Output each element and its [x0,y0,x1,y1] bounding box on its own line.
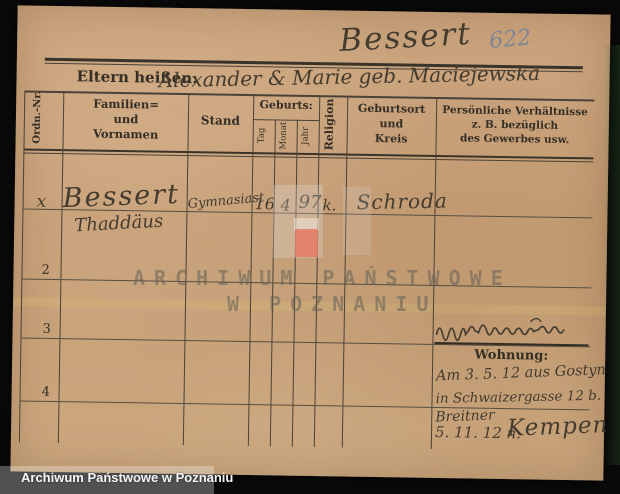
watermark-square-red [295,229,318,257]
row3-number: 3 [42,323,51,338]
watermark-strip-2 [343,187,371,255]
illegible-scrawl [434,312,586,344]
archive-footer-label: Archiwum Państwowe w Poznaniu [21,470,233,485]
header-geburts: Geburts: [253,99,319,113]
scan-edge-tint [603,45,620,465]
header-persoenlich: Persönliche Verhältnisse z. B. bezüglich… [436,103,595,147]
row2-number: 2 [41,264,50,279]
watermark-text-line1: ARCHIWUM PAŃSTWOWE [133,266,512,290]
header-familien: Familien= und Vornamen [66,96,187,143]
header-persoenlich-line3: des Gewerbes usw. [436,131,594,147]
watermark-text-line2: W POZNANIU [227,292,437,316]
row1-family-name: Bessert [62,179,180,214]
wohnung-line1: Am 3. 5. 12 aus Gostyn [436,362,606,384]
pencil-number: 622 [488,25,532,54]
header-monat: Monat [279,122,288,150]
row1-religion: k. [322,196,336,214]
header-tag: Tag [257,121,266,149]
header-geburtsort-line3: Kreis [347,131,436,147]
header-stand: Stand [188,114,253,129]
archive-footer-bar: Archiwum Państwowe w Poznaniu [0,466,214,494]
row1-given-name: Thaddäus [74,211,164,237]
row4-number: 4 [41,386,50,401]
header-jahr: Jahr [301,122,310,150]
header-religion: Religion [323,98,335,150]
scanned-archive-card-view: Bessert 622 Eltern heißen: Alexander & M… [0,0,620,494]
handwritten-surname-top: Bessert [338,16,472,59]
row1-stand: Gymnasiast [187,190,265,212]
wohnung-line4-place: Kempen [507,412,609,442]
wohnung-line2: in Schwaizergasse 12 b. [435,388,601,407]
header-geburtsort: Geburtsort und Kreis [347,101,437,147]
col-line-ordn [58,91,65,443]
header-persoenlich-line1: Persönliche Verhältnisse [436,103,594,119]
header-ordn-nr: Ordn.-Nr. [33,98,44,144]
header-geburtsort-line2: und [347,116,436,132]
header-familien-line3: Vornamen [66,126,186,143]
row1-number-mark: x [36,192,46,212]
col-line-left [19,90,26,442]
header-geburtsort-line1: Geburtsort [347,101,436,117]
